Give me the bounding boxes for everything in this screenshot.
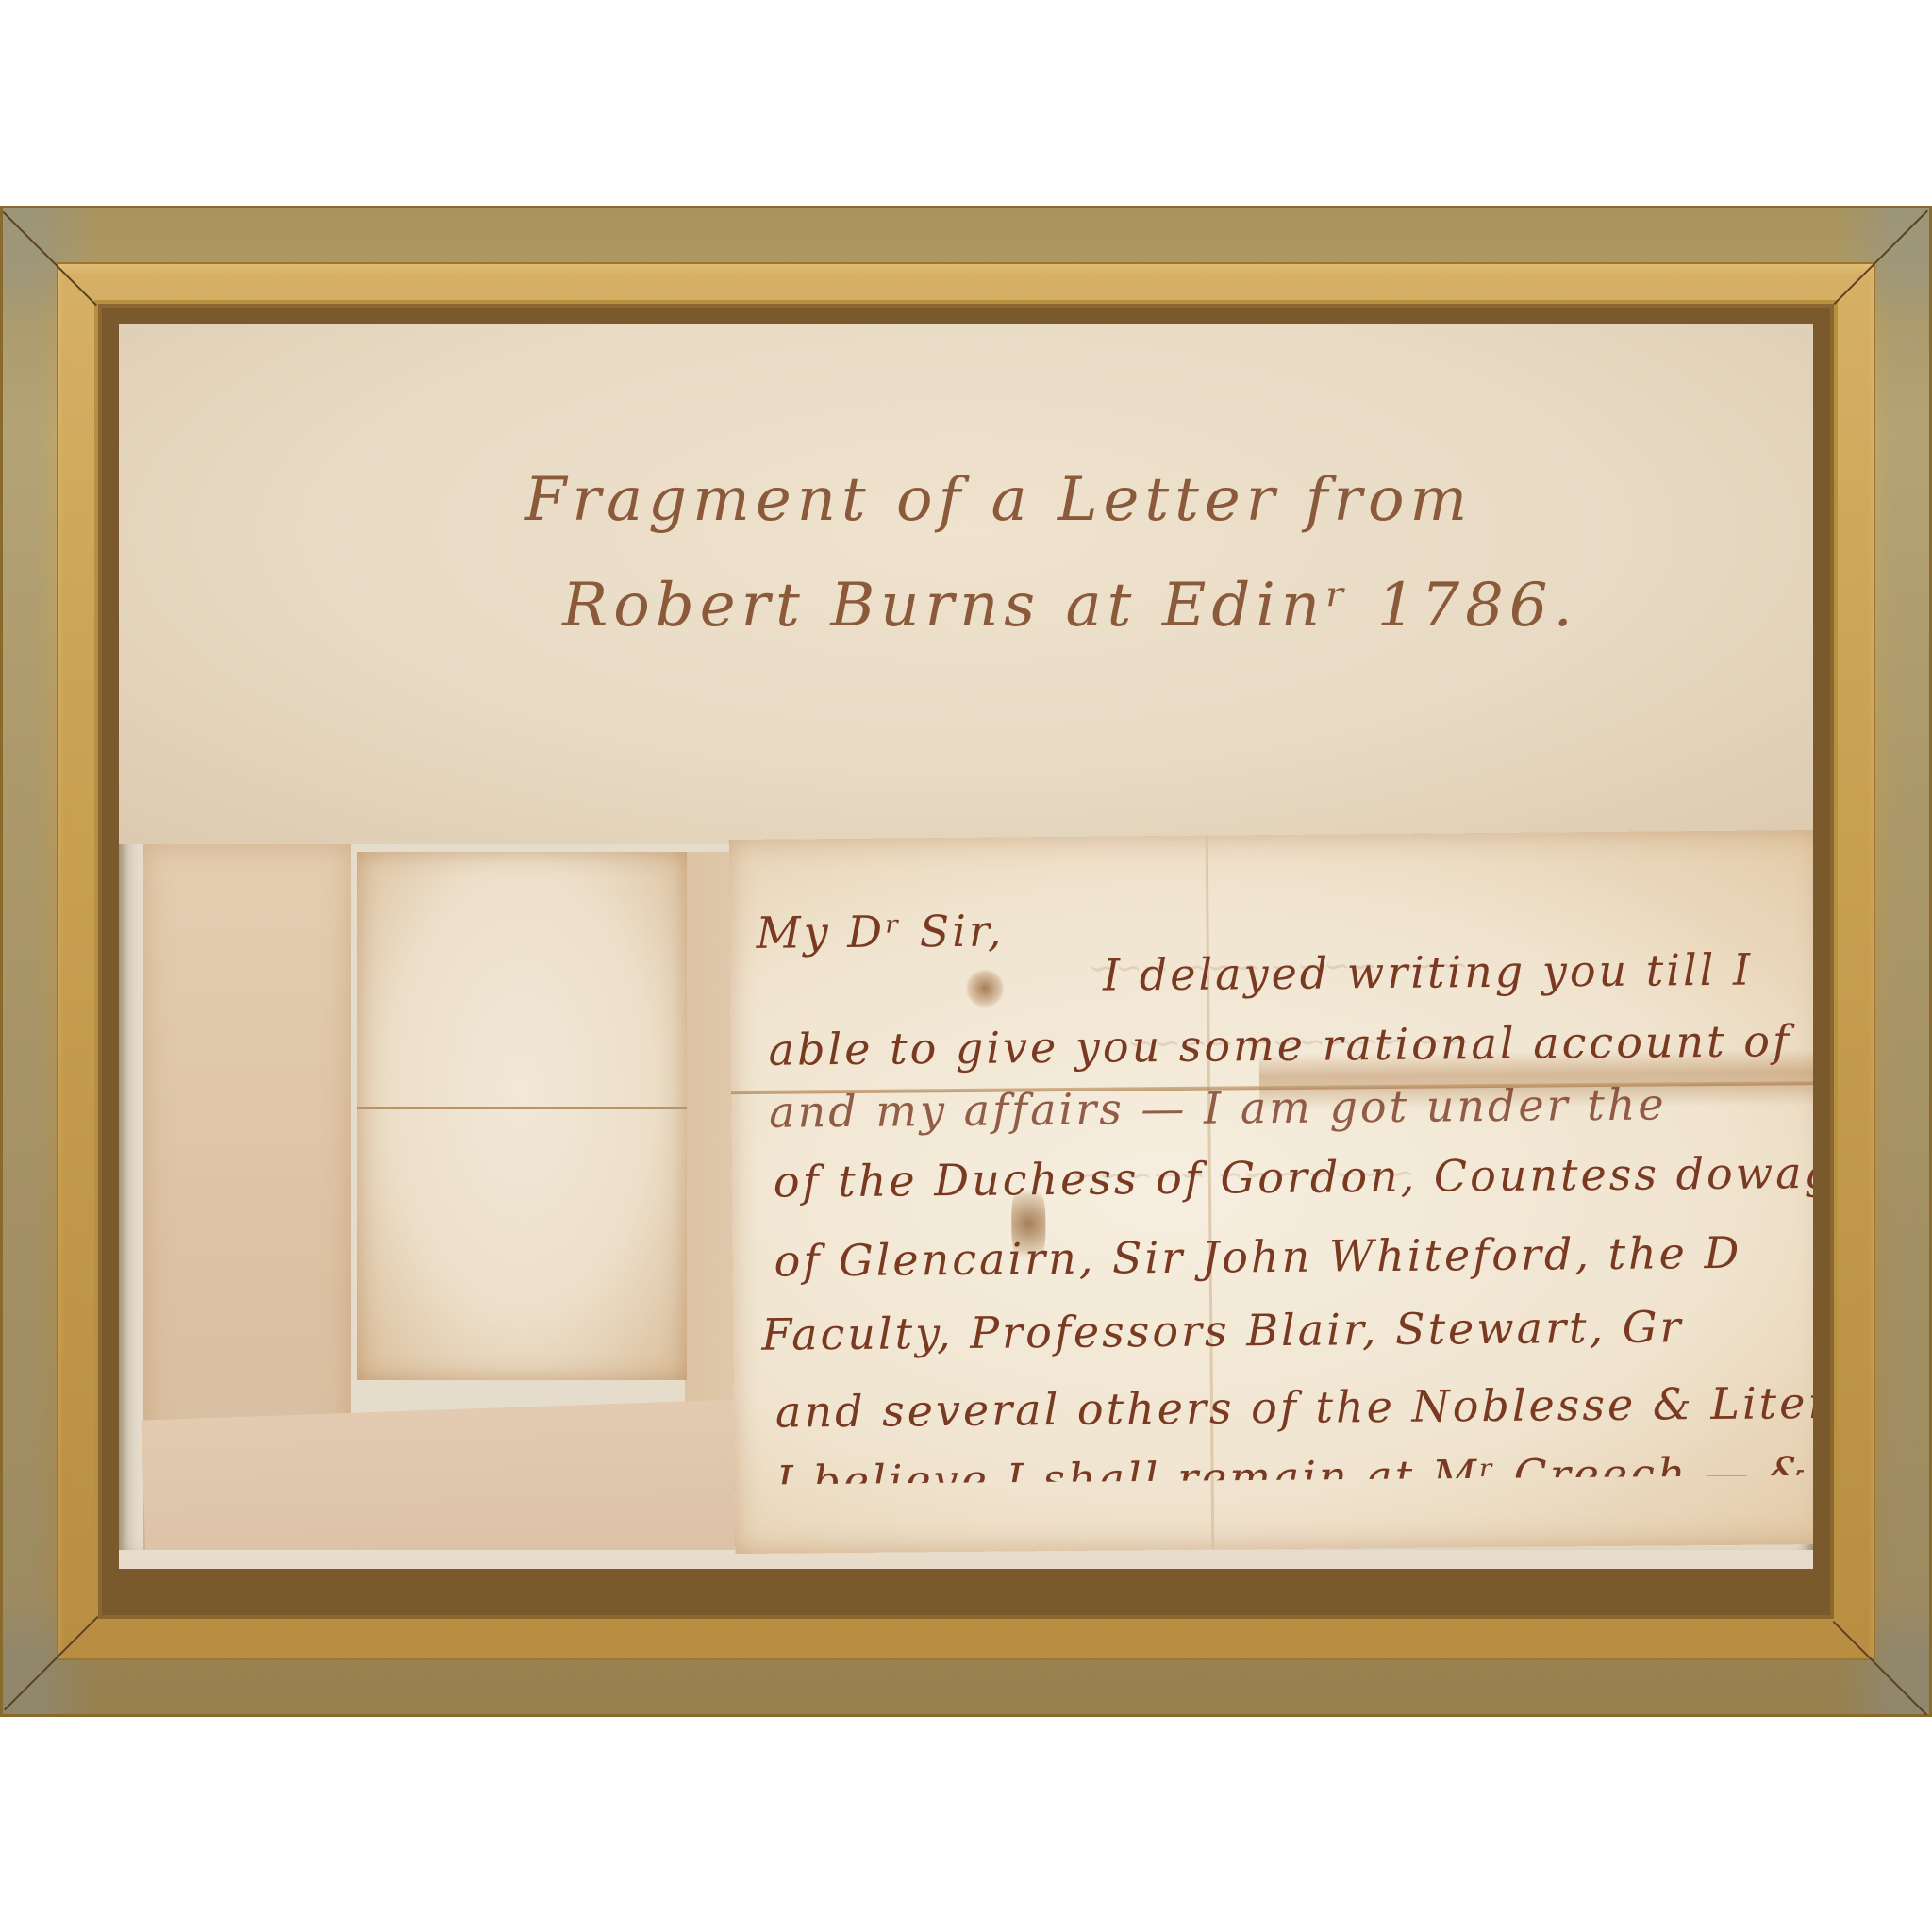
letter-line-5: of Glencairn, Sir John Whiteford, the D — [774, 1227, 1741, 1287]
title-line-1: Fragment of a Letter from — [525, 465, 1473, 535]
title-mount-paper: Fragment of a Letter from Robert Burns a… — [119, 324, 1813, 844]
frame-miter-joint — [1833, 1621, 1927, 1715]
letter-line-6: Faculty, Professors Blair, Stewart, Gr — [761, 1301, 1684, 1360]
letter-line-7: and several others of the Noblesse & Lit… — [775, 1376, 1813, 1437]
glazed-mount: Fragment of a Letter from Robert Burns a… — [119, 324, 1813, 1569]
frame-miter-joint — [4, 1616, 98, 1710]
frame-miter-joint — [1834, 210, 1928, 305]
letter-line-3: and my affairs — I am got under the — [769, 1078, 1667, 1137]
letter-line-1: I delayed writing you till I — [1103, 944, 1754, 1001]
letter-line-8: I believe I shall remain at Mʳ Creech — … — [775, 1447, 1809, 1507]
title-line-2: Robert Burns at Edinʳ 1786. — [562, 571, 1578, 641]
paper-fragment-bottom — [141, 1396, 824, 1569]
gilt-frame: Fragment of a Letter from Robert Burns a… — [0, 206, 1932, 1717]
letter-salutation: My Dʳ Sir, — [756, 906, 1004, 958]
frame-miter-joint — [3, 211, 97, 306]
lower-mount-paper — [119, 1550, 1813, 1569]
letter-line-2: able to give you some rational account o… — [768, 1015, 1791, 1074]
ink-blot — [966, 970, 1004, 1008]
fold-line — [357, 1107, 687, 1109]
letter-fragment: ~~~ ~~~~ ~~~ ~~~ ~~ ~~~~~~ ~~~~ ~~~~ ~~~… — [729, 830, 1813, 1554]
paper-fragment-folded — [357, 852, 687, 1380]
letter-line-4: of the Duchess of Gordon, Countess dowag — [774, 1147, 1813, 1207]
